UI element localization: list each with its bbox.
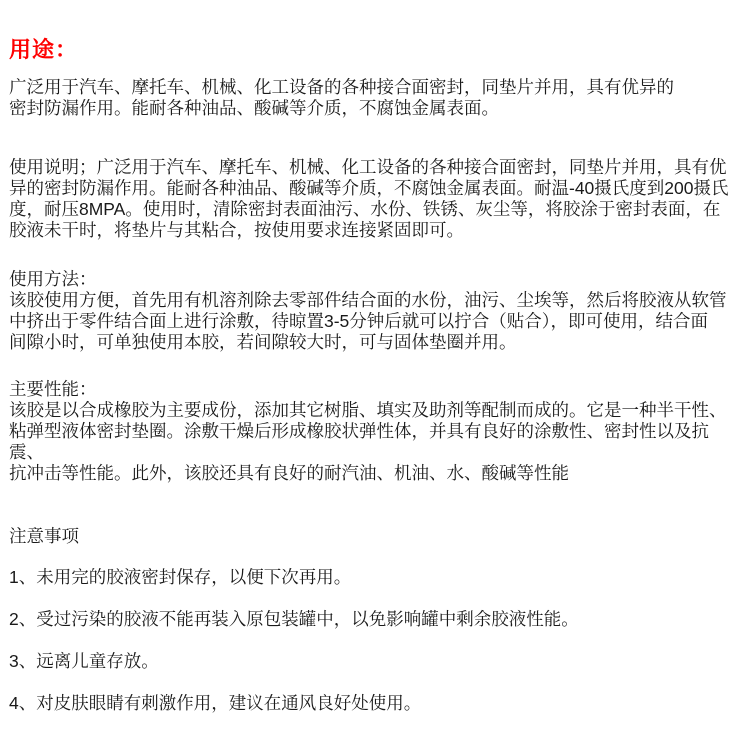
product-description-page: 用途： 广泛用于汽车、摩托车、机械、化工设备的各种接合面密封，同垫片并用，具有优… <box>0 0 750 750</box>
usage-section-title: 用途： <box>9 36 742 64</box>
precautions-section: 注意事项 1、未用完的胶液密封保存，以便下次再用。 2、受过污染的胶液不能再装入… <box>9 526 742 714</box>
usage-paragraph: 广泛用于汽车、摩托车、机械、化工设备的各种接合面密封，同垫片并用，具有优异的 密… <box>9 77 742 119</box>
precaution-item-3: 3、远离儿童存放。 <box>9 651 742 672</box>
precaution-item-1: 1、未用完的胶液密封保存，以便下次再用。 <box>9 567 742 588</box>
method-heading: 使用方法： <box>9 269 742 290</box>
performance-heading: 主要性能： <box>9 379 742 400</box>
performance-paragraph: 该胶是以合成橡胶为主要成份，添加其它树脂、填实及助剂等配制而成的。它是一种半干性… <box>9 400 742 484</box>
precaution-item-2: 2、受过污染的胶液不能再装入原包装罐中，以免影响罐中剩余胶液性能。 <box>9 609 742 630</box>
method-section: 使用方法： 该胶使用方便，首先用有机溶剂除去零部件结合面的水份，油污、尘埃等，然… <box>9 269 742 353</box>
precaution-item-4: 4、对皮肤眼睛有刺激作用，建议在通风良好处使用。 <box>9 693 742 714</box>
precautions-heading: 注意事项 <box>9 526 742 547</box>
performance-section: 主要性能： 该胶是以合成橡胶为主要成份，添加其它树脂、填实及助剂等配制而成的。它… <box>9 379 742 484</box>
method-paragraph: 该胶使用方便，首先用有机溶剂除去零部件结合面的水份，油污、尘埃等，然后将胶液从软… <box>9 290 742 353</box>
instructions-paragraph: 使用说明；广泛用于汽车、摩托车、机械、化工设备的各种接合面密封，同垫片并用，具有… <box>9 157 742 241</box>
